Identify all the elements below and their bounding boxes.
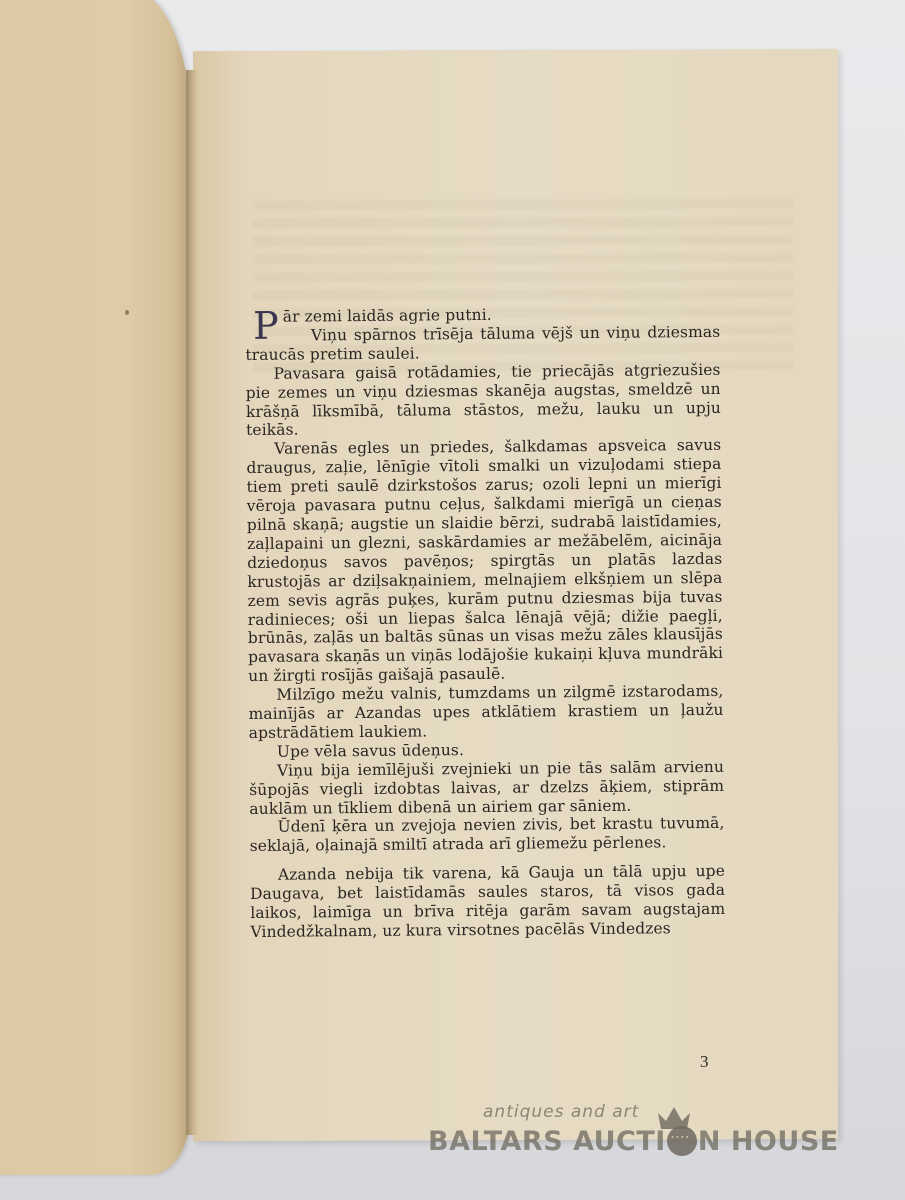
- paragraph-2: Viņu spārnos trīsēja tāluma vējš un viņu…: [245, 323, 720, 365]
- page-number: 3: [700, 1052, 709, 1072]
- paragraph-7: Viņu bija iemīlējuši zvejnieki un pie tā…: [249, 758, 724, 819]
- paragraph-3: Pavasara gaisā rotādamies, tie priecājās…: [245, 361, 721, 441]
- paragraph-1-text: ār zemi laidās agrie putni.: [283, 306, 492, 326]
- paragraph-9: Azanda nebija tik varena, kā Gauja un tā…: [250, 862, 726, 942]
- watermark-tagline: antiques and art: [483, 1102, 639, 1122]
- paragraph-5: Milzīgo mežu valnis, tumzdams un zilgmē …: [248, 682, 723, 743]
- watermark-brand: BALTARS AUCTIN HOUSE: [428, 1126, 839, 1157]
- watermark-brand-part1: BALTARS AUCTI: [428, 1126, 666, 1157]
- watermark-brand-part2: N HOUSE: [698, 1126, 839, 1157]
- page-body-text: Pār zemi laidās agrie putni. Viņu spārno…: [245, 304, 726, 942]
- paper-spot: [125, 310, 129, 315]
- drop-cap: P: [253, 310, 279, 342]
- watermark-o-emblem: [667, 1126, 697, 1156]
- left-page-blank: [0, 0, 190, 1175]
- paragraph-8: Ūdenī ķēra un zvejoja nevien zivis, bet …: [249, 814, 724, 856]
- auction-house-watermark: antiques and art BALTARS AUCTIN HOUSE: [428, 1102, 828, 1172]
- book-gutter: [186, 70, 198, 1135]
- paragraph-4: Varenās egles un priedes, šalkdamas apsv…: [246, 436, 723, 686]
